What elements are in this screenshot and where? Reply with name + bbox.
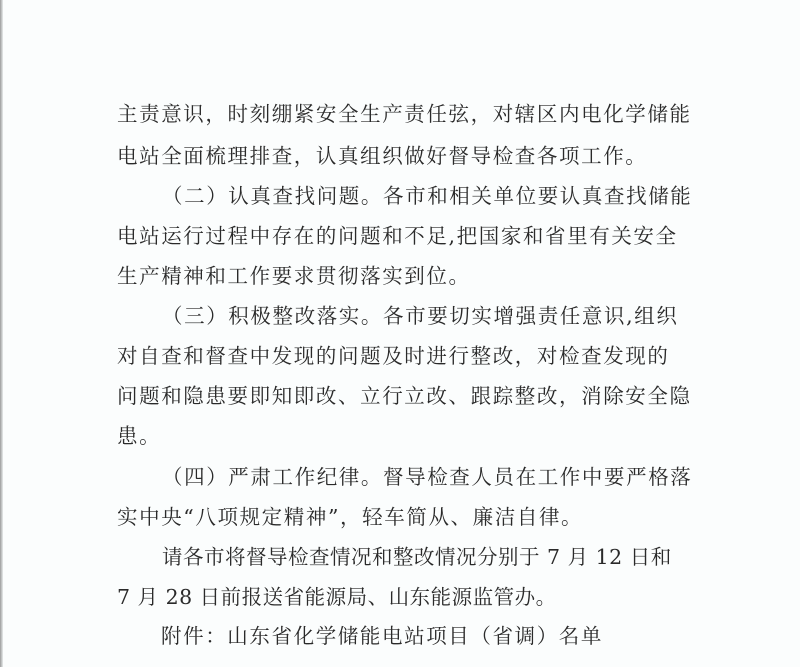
deadline-line: 请各市将督导检查情况和整改情况分别于 7 月 12 日和 — [162, 543, 672, 571]
paragraph-line: 主责意识，时刻绷紧安全生产责任弦，对辖区内电化学储能 — [117, 100, 692, 128]
section-heading-line: （二）认真查找问题。各市和相关单位要认真查找储能 — [162, 182, 692, 210]
attachment-line: 附件：山东省化学储能电站项目（省调）名单 — [161, 622, 603, 650]
paragraph-line: 电站运行过程中存在的问题和不足,把国家和省里有关安全 — [117, 222, 678, 250]
paragraph-line: 患。 — [117, 422, 161, 450]
section-heading-line: （四）严肃工作纪律。督导检查人员在工作中要严格落 — [162, 463, 692, 491]
paragraph-line: 实中央“八项规定精神”，轻车简从、廉洁自律。 — [117, 503, 583, 531]
deadline-line: 7 月 28 日前报送省能源局、山东能源监管办。 — [117, 583, 557, 611]
section-heading-line: （三）积极整改落实。各市要切实增强责任意识,组织 — [162, 302, 678, 330]
paragraph-line: 电站全面梳理排查，认真组织做好督导检查各项工作。 — [117, 142, 647, 170]
paragraph-line: 对自查和督查中发现的问题及时进行整改，对检查发现的 — [117, 342, 670, 370]
paragraph-line: 生产精神和工作要求贯彻落实到位。 — [117, 262, 471, 290]
scan-page-edge — [0, 0, 3, 667]
paragraph-line: 问题和隐患要即知即改、立行立改、跟踪整改，消除安全隐 — [117, 382, 692, 410]
